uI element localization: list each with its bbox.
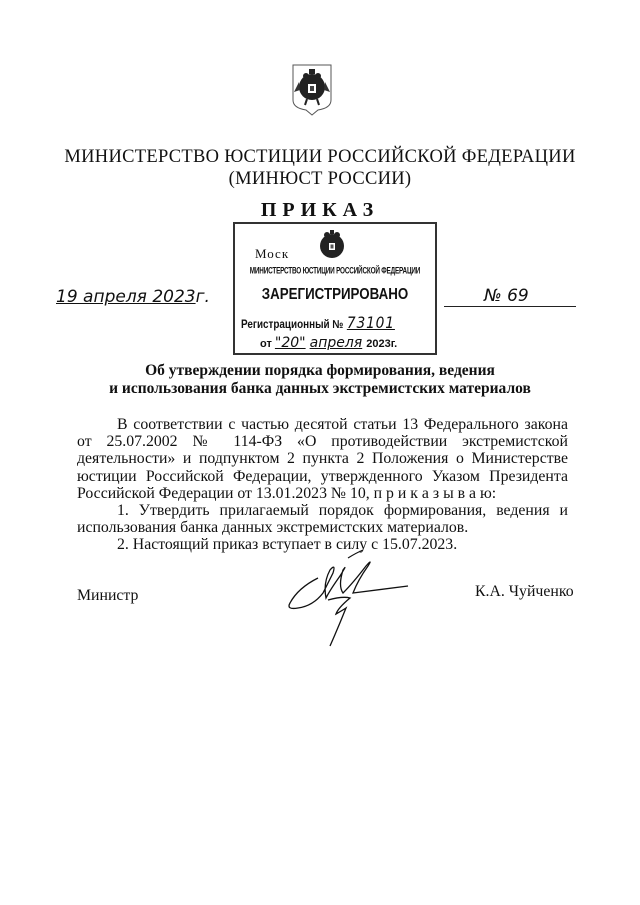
date-prefix: от [260,338,272,350]
order-date-value: 19 апреля 2023 [56,287,196,307]
stamp-registration-date: от "20"апреля2023г. [260,335,397,351]
document-type-heading: ПРИКАЗ [0,199,640,222]
signer-name: К.А. Чуйченко [475,583,574,601]
order-date-suffix: г. [196,287,210,307]
order-title-line1: Об утверждении порядка формирования, вед… [0,362,640,380]
ministry-short-name: (МИНЮСТ РОССИИ) [0,169,640,190]
date-year: 2023г. [366,338,397,350]
russian-coat-of-arms-icon [290,62,334,116]
order-item-1: 1. Утвердить прилагаемый порядок формиро… [77,502,568,536]
order-number-line [444,306,576,307]
stamp-ministry: МИНИСТЕРСТВО ЮСТИЦИИ РОССИЙСКОЙ ФЕДЕРАЦИ… [235,267,435,277]
stamp-registration-number: Регистрационный №73101 [241,313,395,332]
registration-stamp: Моск МИНИСТЕРСТВО ЮСТИЦИИ РОССИЙСКОЙ ФЕД… [233,222,437,355]
ministry-name: МИНИСТЕРСТВО ЮСТИЦИИ РОССИЙСКОЙ ФЕДЕРАЦИ… [0,147,640,168]
registration-number-label: Регистрационный № [241,319,343,331]
stamp-registered-label: ЗАРЕГИСТРИРОВАНО [249,286,421,304]
preamble-paragraph: В соответствии с частью десятой статьи 1… [77,416,568,502]
stamp-city: Моск [255,246,289,262]
signer-title: Министр [77,587,138,605]
registration-number-value: 73101 [347,313,395,332]
order-date: 19 апреля 2023г. [56,287,210,307]
order-number: № 69 [484,286,529,306]
order-title-line2: и использования банка данных экстремистс… [0,380,640,398]
date-month: апреля [310,335,363,351]
order-number-value: 69 [507,286,529,306]
double-headed-eagle-icon [317,229,347,261]
order-number-sign: № [484,286,502,306]
date-day: "20" [275,335,306,351]
handwritten-signature-icon [278,548,428,648]
